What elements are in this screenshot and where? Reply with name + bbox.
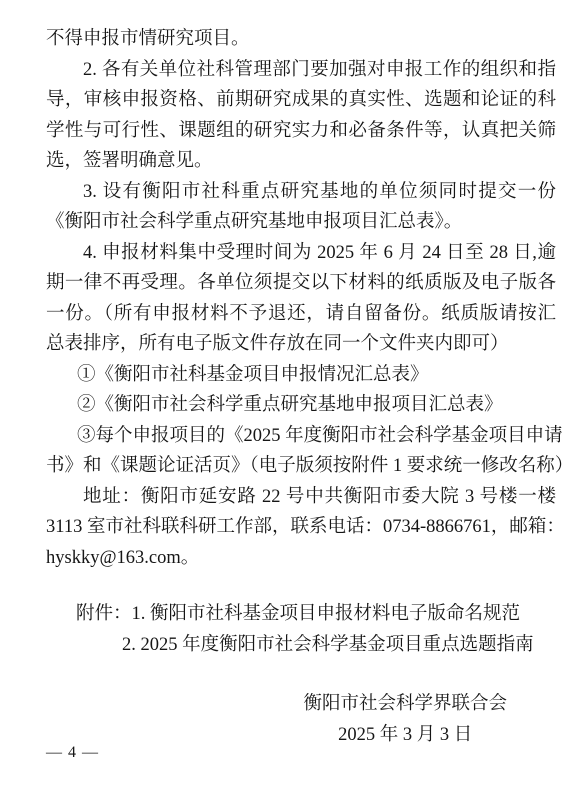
signature-date: 2025 年 3 月 3 日 (303, 720, 507, 751)
body-line: 4. 申报材料集中受理时间为 2025 年 6 月 24 日至 28 日,逾 (46, 238, 556, 269)
document-page: 不得申报市情研究项目。 2. 各有关单位社科管理部门要加强对申报工作的组织和指 … (0, 0, 584, 812)
body-line: 选，签署明确意见。 (46, 146, 556, 177)
body-line: 导，审核申报资格、前期研究成果的真实性、选题和论证的科 (46, 85, 556, 116)
address-line: 3113 室市社科联科研工作部，联系电话：0734-8866761，邮箱： (46, 512, 556, 543)
attachment-item: 2. 2025 年度衡阳市社会科学基金项目重点选题指南 (46, 630, 556, 661)
body-line: 期一律不再受理。各单位须提交以下材料的纸质版及电子版各 (46, 268, 556, 299)
body-line: 总表排序，所有电子版文件存放在同一个文件夹内即可） (46, 329, 556, 360)
page-number: — 4 — (46, 744, 99, 762)
body-line: 3. 设有衡阳市社科重点研究基地的单位须同时提交一份 (46, 177, 556, 208)
numbered-list-item: ①《衡阳市社科基金项目申报情况汇总表》 (46, 360, 556, 391)
attachment-section: 附件：1. 衡阳市社科基金项目申报材料电子版命名规范 2. 2025 年度衡阳市… (46, 599, 556, 660)
document-body: 不得申报市情研究项目。 2. 各有关单位社科管理部门要加强对申报工作的组织和指 … (46, 24, 556, 750)
body-line: 书》和《课题论证活页》（电子版须按附件 1 要求统一修改名称） (46, 451, 556, 482)
body-line: 不得申报市情研究项目。 (46, 24, 556, 55)
signature-block: 衡阳市社会科学界联合会 2025 年 3 月 3 日 (303, 689, 507, 750)
signature-organization: 衡阳市社会科学界联合会 (303, 689, 507, 720)
attachment-item: 附件：1. 衡阳市社科基金项目申报材料电子版命名规范 (46, 599, 556, 630)
body-line: 一份。（所有申报材料不予退还，请自留备份。纸质版请按汇 (46, 299, 556, 330)
email-line: hyskky@163.com。 (46, 543, 556, 574)
address-line: 地址：衡阳市延安路 22 号中共衡阳市委大院 3 号楼一楼 (46, 482, 556, 513)
numbered-list-item: ②《衡阳市社会科学重点研究基地申报项目汇总表》 (46, 390, 556, 421)
body-line: 学性与可行性、课题组的研究实力和必备条件等，认真把关筛 (46, 116, 556, 147)
body-line: 《衡阳市社会科学重点研究基地申报项目汇总表》。 (46, 207, 556, 238)
body-line: 2. 各有关单位社科管理部门要加强对申报工作的组织和指 (46, 55, 556, 86)
numbered-list-item: ③每个申报项目的《2025 年度衡阳市社会科学基金项目申请 (46, 421, 556, 452)
